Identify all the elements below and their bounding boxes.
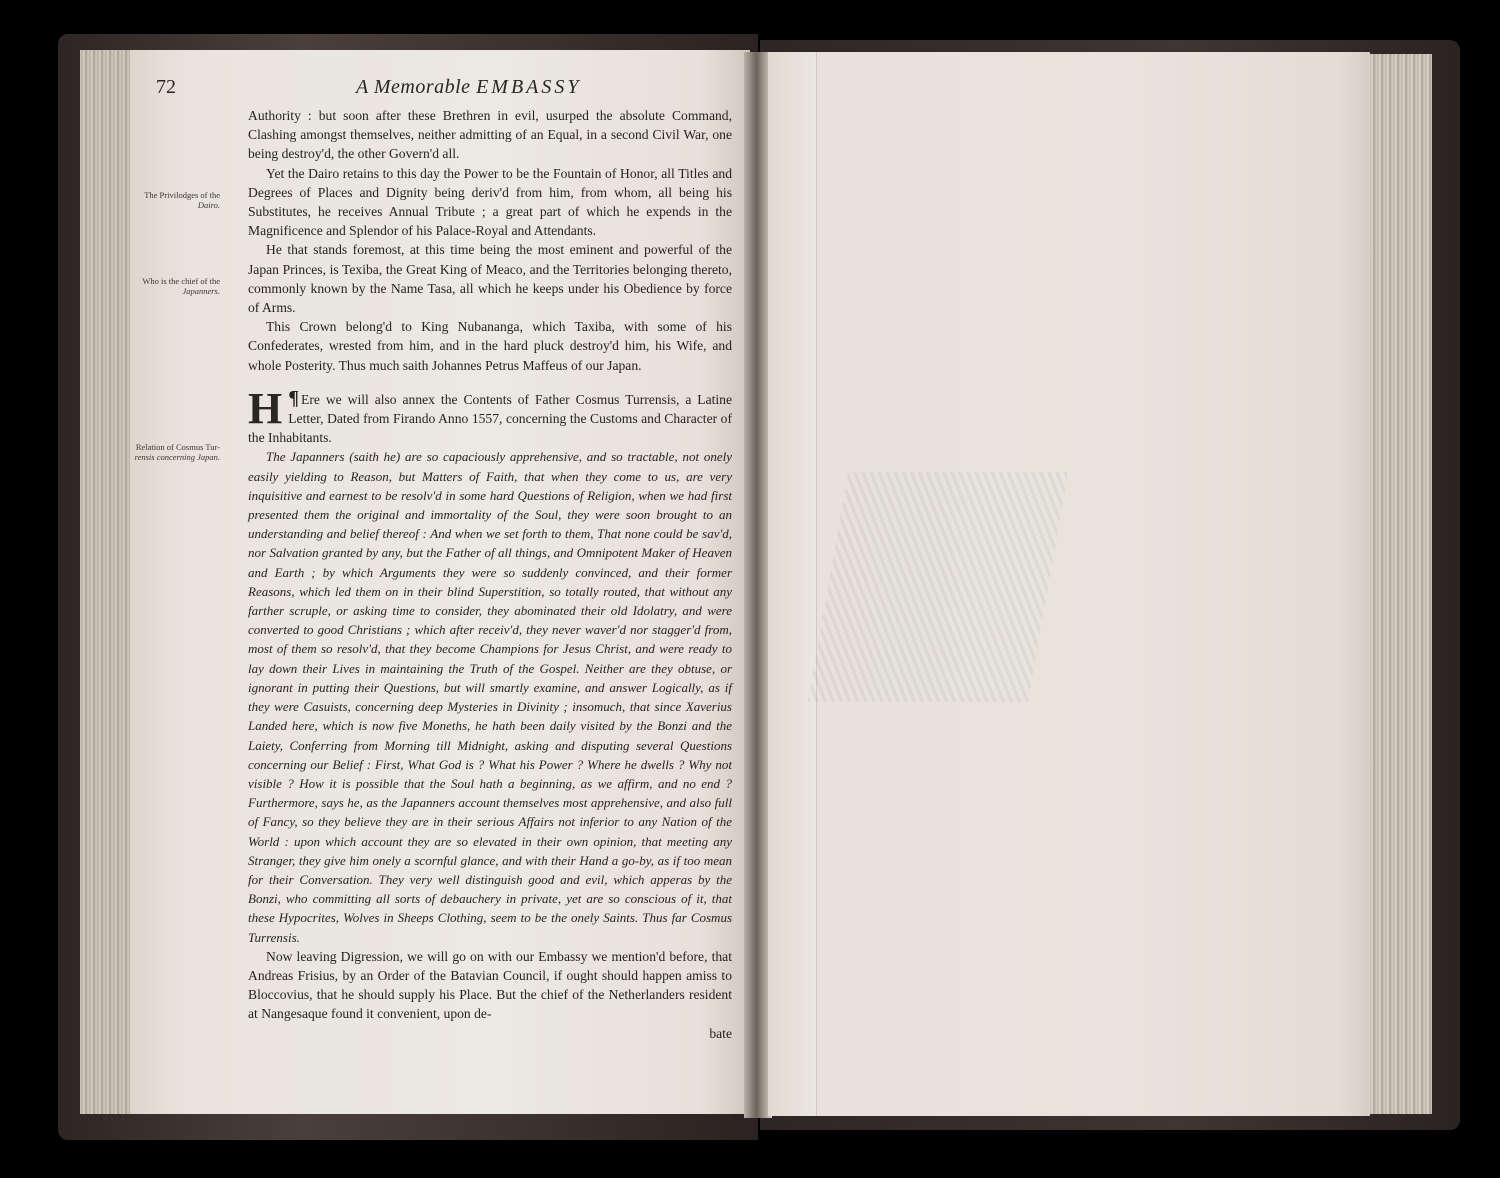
margin-note: Who is the chief of the Japanners.	[130, 276, 220, 296]
letter-quote: The Japanners (saith he) are so capaciou…	[248, 447, 732, 946]
open-book: 72 A Memorable EMBASSY The Privilodges o…	[58, 34, 1460, 1140]
pilcrow-mark: ¶	[288, 387, 299, 409]
page-edges-left	[80, 50, 130, 1114]
paragraph: Yet the Dairo retains to this day the Po…	[248, 164, 732, 241]
left-page: 72 A Memorable EMBASSY The Privilodges o…	[130, 50, 750, 1114]
paragraph: Now leaving Digression, we will go on wi…	[248, 947, 732, 1024]
paragraph: He that stands foremost, at this time be…	[248, 240, 732, 317]
show-through-engraving	[808, 472, 1069, 702]
paragraph: Authority : but soon after these Brethre…	[248, 106, 732, 164]
page-edges-right	[1368, 54, 1432, 1114]
catchword: bate	[248, 1024, 732, 1043]
paragraph: This Crown belong'd to King Nubananga, w…	[248, 317, 732, 375]
margin-note: The Privilodges of the Dairo.	[130, 190, 220, 210]
drop-cap: H	[248, 391, 282, 427]
running-title: A Memorable EMBASSY	[356, 76, 582, 99]
section-opening: ¶HEre we will also annex the Contents of…	[248, 389, 732, 448]
page-number: 72	[156, 76, 176, 99]
inserted-leaf-stub	[768, 52, 817, 1116]
body-text: Authority : but soon after these Brethre…	[248, 106, 732, 1043]
margin-note: Relation of Cosmus Tur- rensis concernin…	[130, 442, 220, 462]
right-page	[768, 52, 1370, 1116]
